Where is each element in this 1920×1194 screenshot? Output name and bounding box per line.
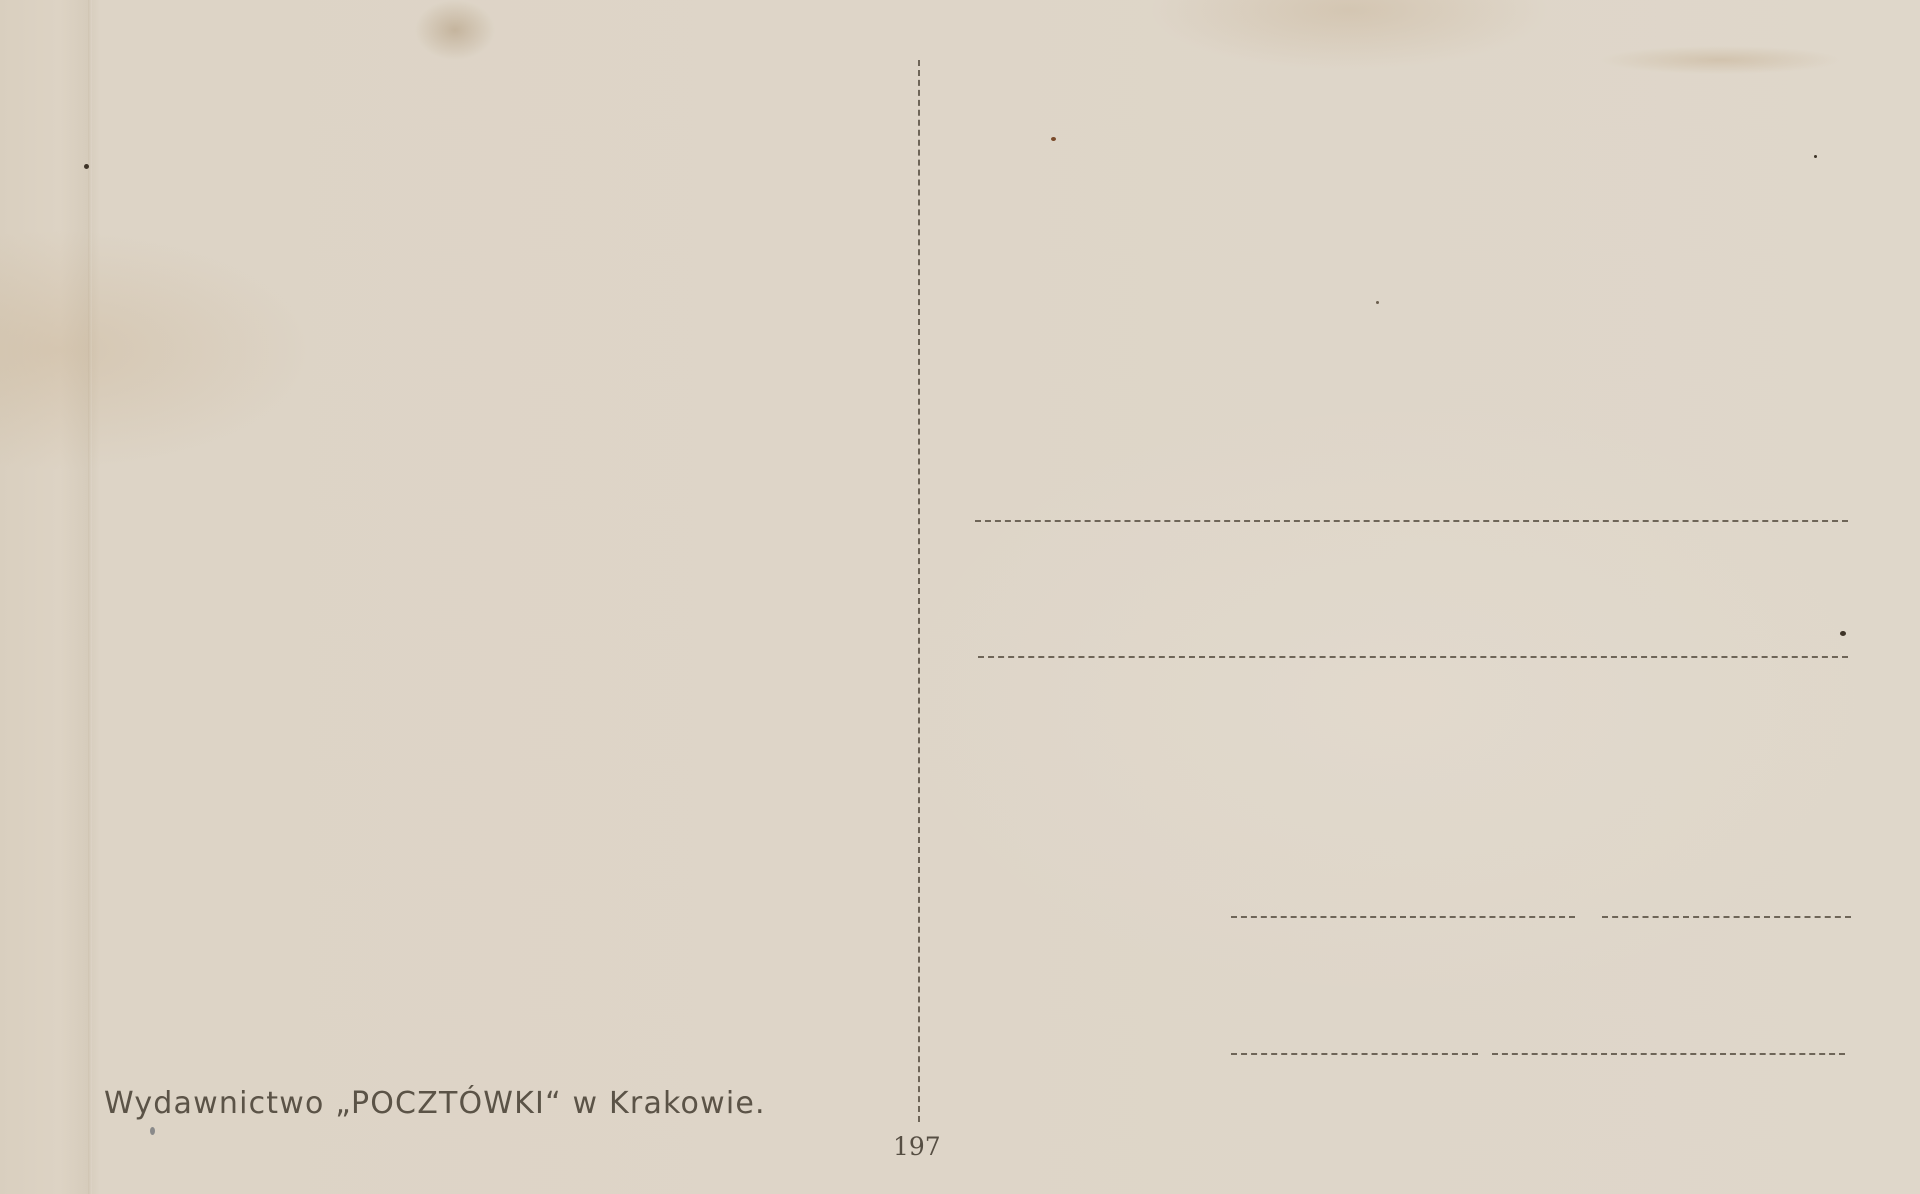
address-line-4-left [1231, 1053, 1478, 1055]
serial-number: 197 [893, 1132, 941, 1161]
address-line-3-left [1231, 916, 1575, 918]
address-line-1 [975, 520, 1848, 522]
center-divider-dashed-line [918, 60, 920, 1122]
paper-crease [88, 0, 92, 1194]
address-line-3-right [1602, 916, 1851, 918]
address-line-2 [978, 656, 1848, 658]
paper-speck [1376, 301, 1379, 304]
postcard-back: Wydawnictwo „POCZTÓWKI“ w Krakowie. 197 [0, 0, 1920, 1194]
paper-speck [1051, 137, 1056, 141]
paper-speck [1814, 155, 1817, 158]
paper-speck [1840, 631, 1846, 636]
address-line-4-right [1492, 1053, 1845, 1055]
publisher-imprint: Wydawnictwo „POCZTÓWKI“ w Krakowie. [104, 1086, 766, 1121]
paper-speck [150, 1127, 155, 1135]
paper-speck [84, 164, 89, 169]
